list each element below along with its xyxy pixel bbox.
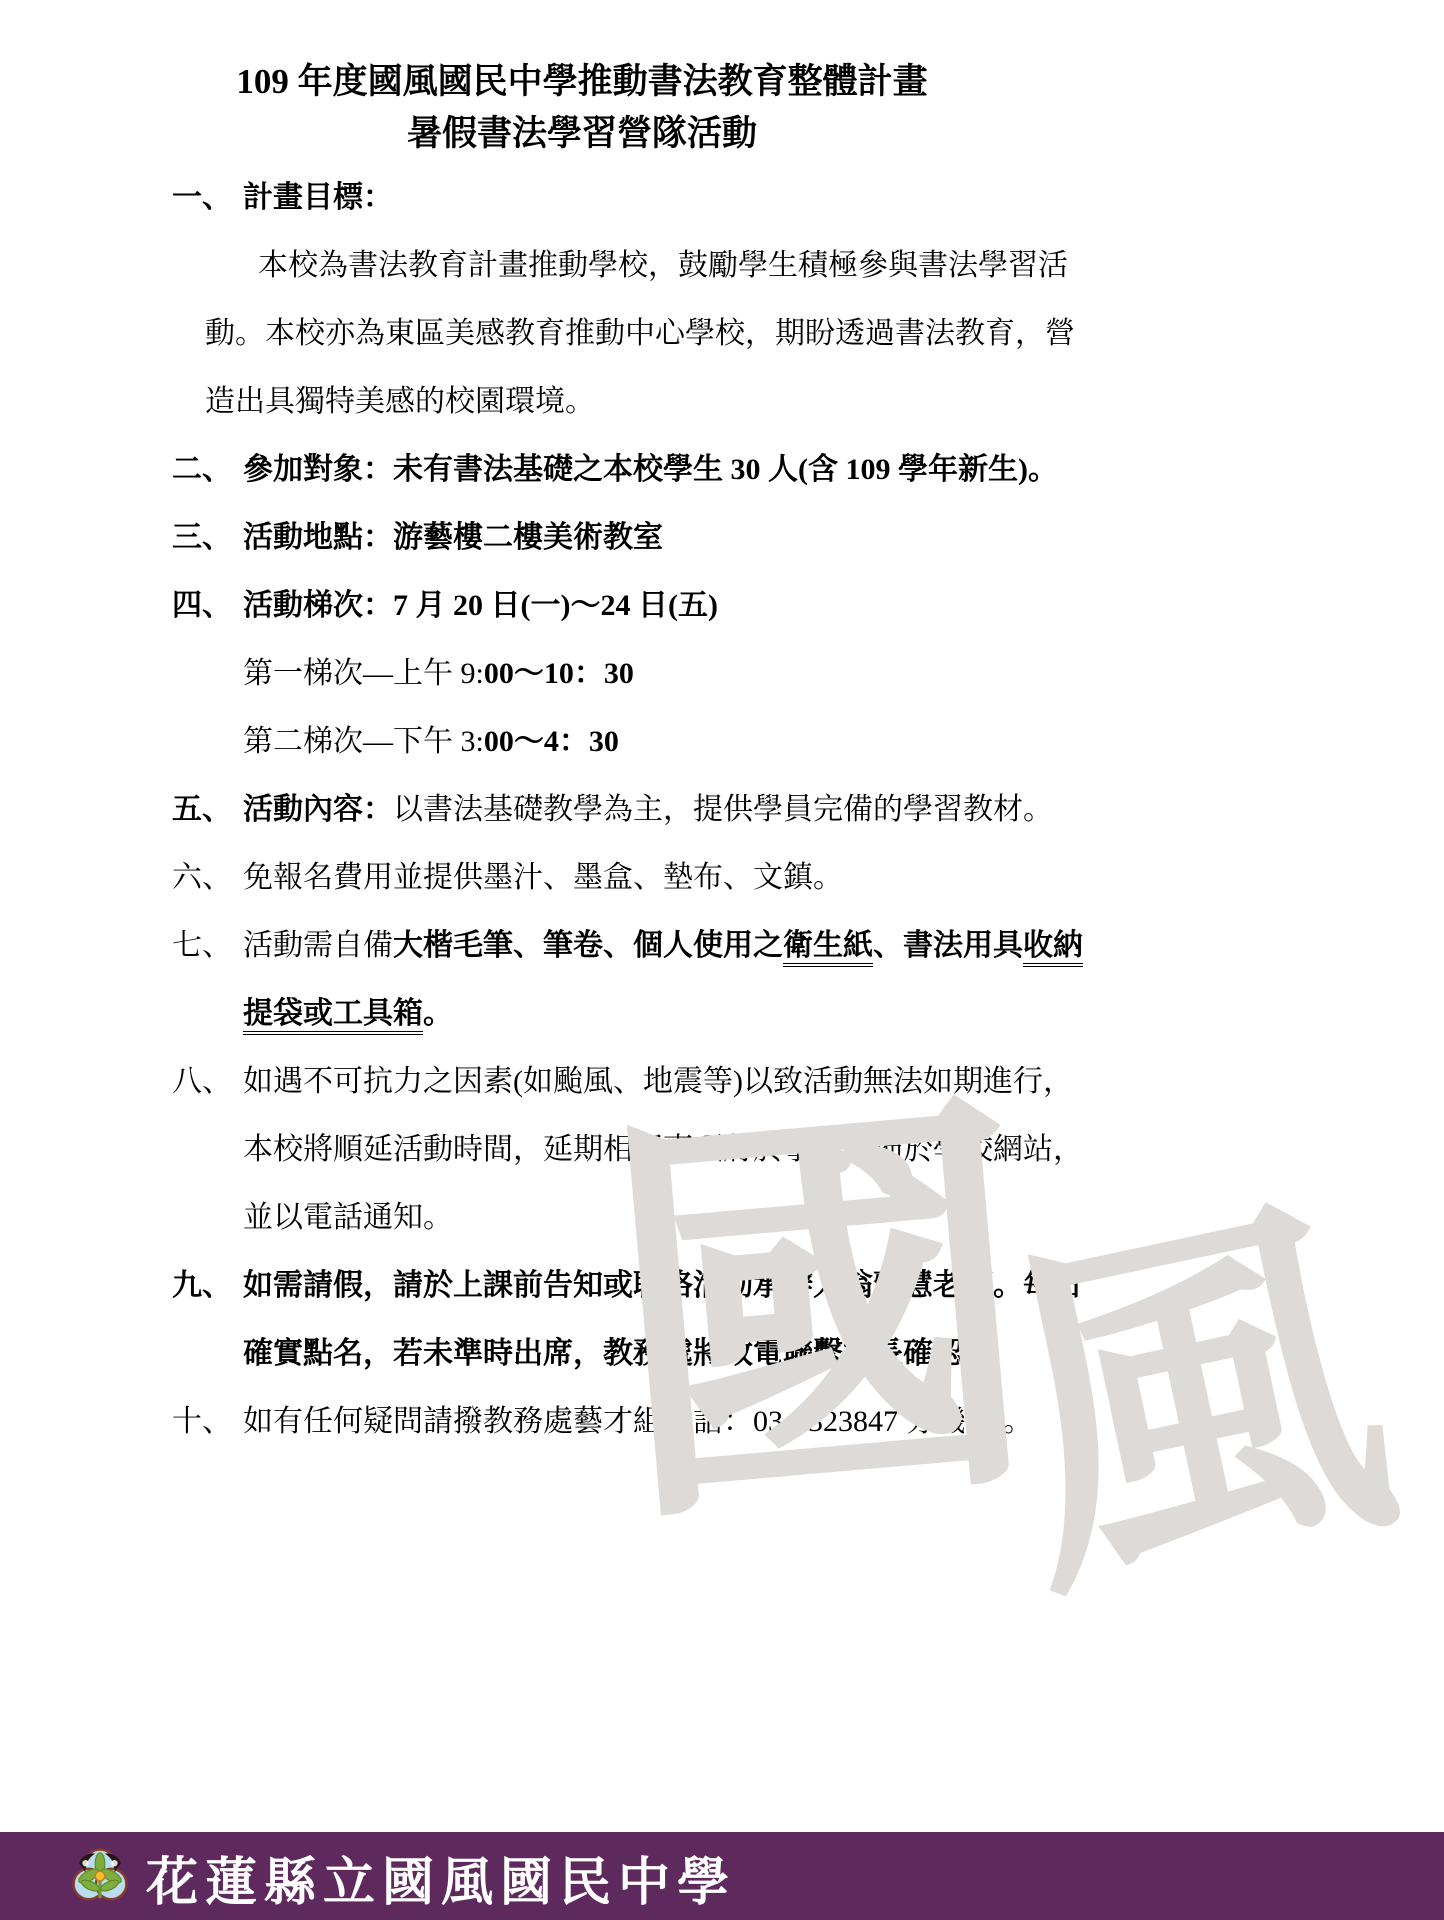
item-row: 三、活動地點：游藝樓二樓美術教室	[172, 504, 1082, 572]
document-title-line2: 暑假書法學習營隊活動	[172, 108, 992, 160]
item-line: 第一梯次—上午 9:00～10：30	[243, 640, 1082, 708]
paragraph-line: 動。本校亦為東區美感教育推動中心學校，期盼透過書法教育，營	[205, 300, 1082, 368]
item-line: 參加對象：未有書法基礎之本校學生 30 人(含 109 學年新生)。	[243, 436, 1082, 504]
text-segment: 免報名費用並提供墨汁、墨盒、墊布、文鎮。	[243, 861, 843, 894]
item-number: 八、	[172, 1048, 243, 1116]
text-segment: 活動地點：游藝樓二樓美術教室	[243, 521, 663, 554]
text-segment: 。	[423, 997, 453, 1030]
text-segment: 活動梯次：7 月 20 日(一)～24 日(五)	[243, 589, 718, 622]
text-segment: 第二梯次—下午 3:	[243, 725, 484, 758]
text-segment: 收納	[1023, 929, 1083, 967]
item-row: 二、參加對象：未有書法基礎之本校學生 30 人(含 109 學年新生)。	[172, 436, 1082, 504]
item-number: 十、	[172, 1388, 243, 1456]
item-content: 活動需自備大楷毛筆、筆卷、個人使用之衛生紙、書法用具收納提袋或工具箱。	[243, 912, 1082, 1048]
item-number: 七、	[172, 912, 243, 980]
text-segment: 參加對象：未有書法基礎之本校學生 30 人(含 109 學年新生)。	[243, 453, 1058, 486]
text-segment: 00～10：30	[484, 657, 634, 690]
text-segment: 00～4：30	[484, 725, 619, 758]
text-segment: 計畫目標：	[243, 181, 393, 214]
text-segment: 第一梯次—上午 9:	[243, 657, 484, 690]
item-line: 提袋或工具箱。	[243, 980, 1082, 1048]
document-title-line1: 109 年度國風國民中學推動書法教育整體計畫	[172, 56, 992, 108]
footer-bar: 花蓮縣立國風國民中學	[0, 1832, 1444, 1920]
item-row: 一、計畫目標：本校為書法教育計畫推動學校，鼓勵學生積極參與書法學習活動。本校亦為…	[172, 164, 1082, 436]
document-title: 109 年度國風國民中學推動書法教育整體計畫 暑假書法學習營隊活動	[172, 56, 992, 160]
item-line: 免報名費用並提供墨汁、墨盒、墊布、文鎮。	[243, 844, 1082, 912]
item-number: 九、	[172, 1252, 243, 1320]
item-line: 活動需自備大楷毛筆、筆卷、個人使用之衛生紙、書法用具收納	[243, 912, 1082, 980]
item-content: 免報名費用並提供墨汁、墨盒、墊布、文鎮。	[243, 844, 1082, 912]
item-content: 活動地點：游藝樓二樓美術教室	[243, 504, 1082, 572]
text-segment: 、書法用具	[873, 929, 1023, 962]
item-content: 計畫目標：本校為書法教育計畫推動學校，鼓勵學生積極參與書法學習活動。本校亦為東區…	[243, 164, 1082, 436]
item-line: 計畫目標：	[243, 164, 1082, 232]
item-line: 活動內容：以書法基礎教學為主，提供學員完備的學習教材。	[243, 776, 1082, 844]
item-number: 五、	[172, 776, 243, 844]
item-content: 參加對象：未有書法基礎之本校學生 30 人(含 109 學年新生)。	[243, 436, 1082, 504]
item-number: 一、	[172, 164, 243, 232]
item-row: 四、活動梯次：7 月 20 日(一)～24 日(五)第一梯次—上午 9:00～1…	[172, 572, 1082, 776]
item-content: 活動梯次：7 月 20 日(一)～24 日(五)第一梯次—上午 9:00～10：…	[243, 572, 1082, 776]
school-emblem-icon	[68, 1844, 132, 1908]
text-segment: 大楷毛筆、筆卷、個人使用之	[393, 929, 783, 962]
paragraph-line: 造出具獨特美感的校園環境。	[205, 368, 1082, 436]
text-segment: 提袋或工具箱	[243, 997, 423, 1035]
text-segment: 衛生紙	[783, 929, 873, 967]
item-line: 活動梯次：7 月 20 日(一)～24 日(五)	[243, 572, 1082, 640]
item-line: 活動地點：游藝樓二樓美術教室	[243, 504, 1082, 572]
text-segment: 以書法基礎教學為主，提供學員完備的學習教材。	[393, 793, 1053, 826]
item-row: 五、活動內容：以書法基礎教學為主，提供學員完備的學習教材。	[172, 776, 1082, 844]
text-segment: 活動內容：	[243, 793, 393, 826]
item-number: 二、	[172, 436, 243, 504]
item-row: 七、活動需自備大楷毛筆、筆卷、個人使用之衛生紙、書法用具收納提袋或工具箱。	[172, 912, 1082, 1048]
watermark-char-1: 國	[592, 1092, 1047, 1547]
watermark-char-2: 風	[976, 1186, 1415, 1625]
item-number: 三、	[172, 504, 243, 572]
text-segment: 並以電話通知。	[243, 1201, 453, 1234]
item-number: 四、	[172, 572, 243, 640]
item-number: 六、	[172, 844, 243, 912]
paragraph-line: 本校為書法教育計畫推動學校，鼓勵學生積極參與書法學習活	[205, 232, 1082, 300]
text-segment: 活動需自備	[243, 929, 393, 962]
school-name: 花蓮縣立國風國民中學	[146, 1840, 736, 1915]
item-row: 六、免報名費用並提供墨汁、墨盒、墊布、文鎮。	[172, 844, 1082, 912]
item-line: 第二梯次—下午 3:00～4：30	[243, 708, 1082, 776]
item-content: 活動內容：以書法基礎教學為主，提供學員完備的學習教材。	[243, 776, 1082, 844]
